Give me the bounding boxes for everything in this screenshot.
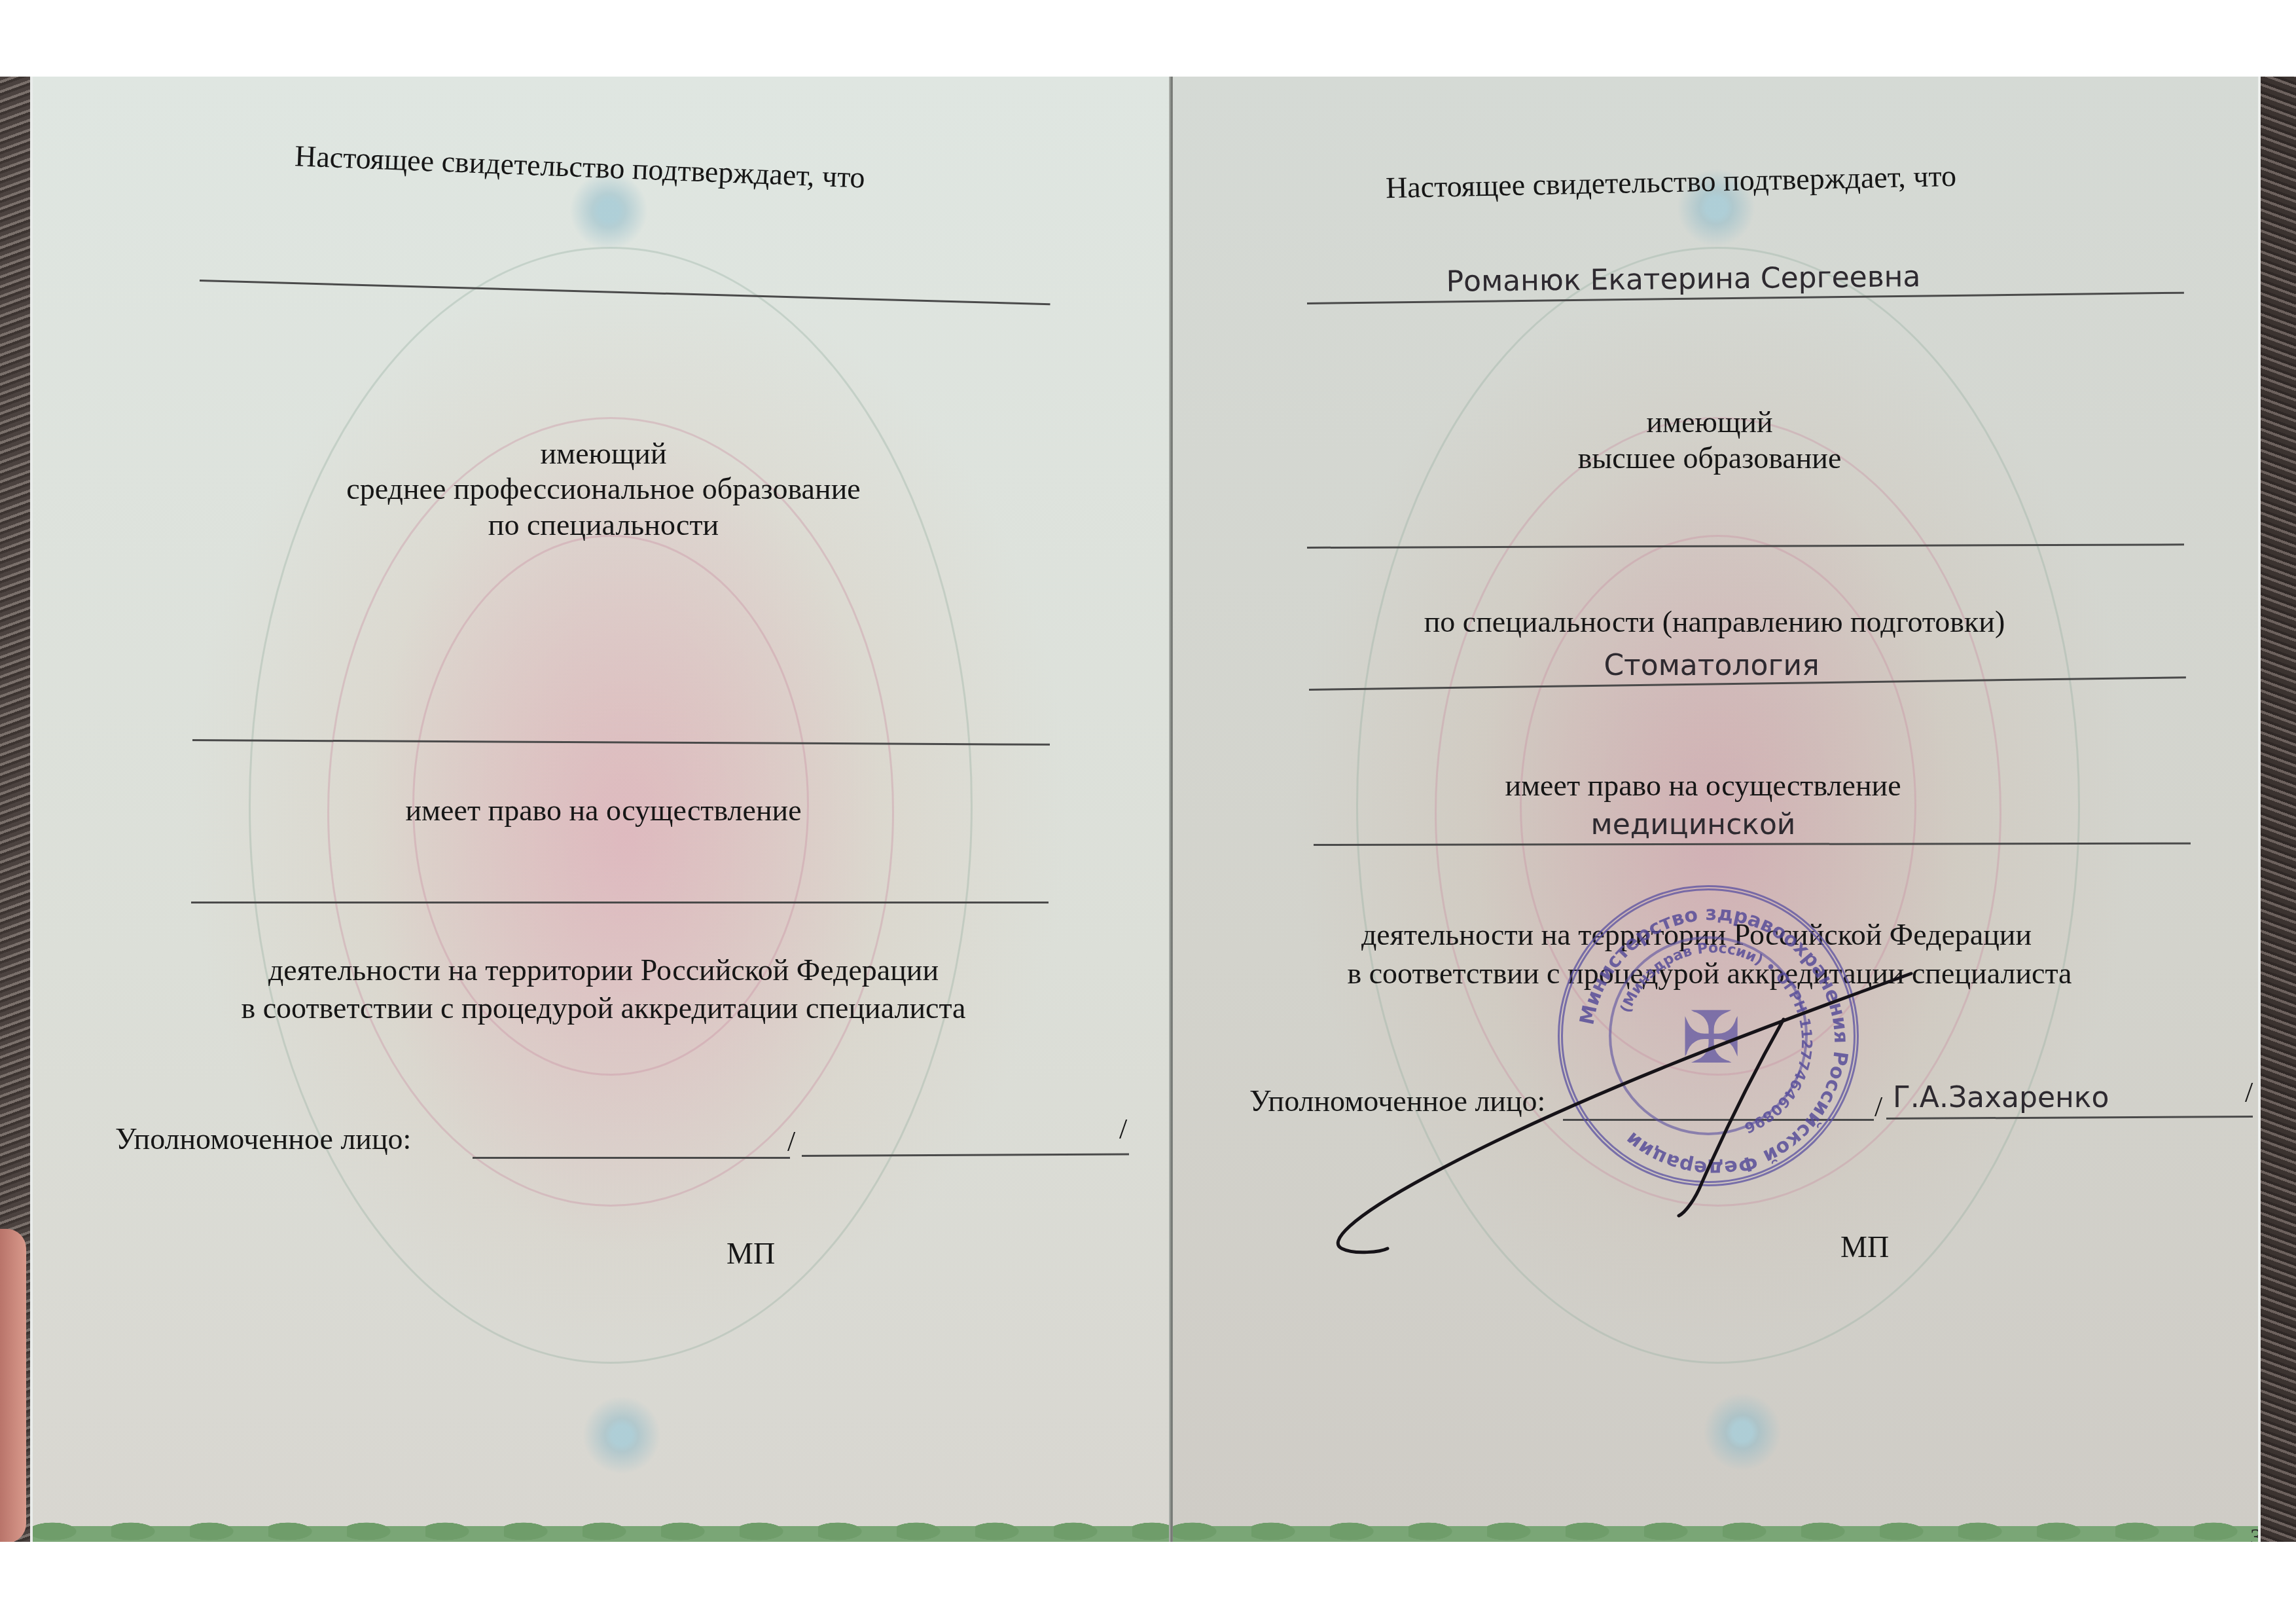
double-headed-eagle-icon: ✠ (1680, 1001, 1742, 1076)
authorized-person-label: Уполномоченное лицо: (115, 1124, 411, 1154)
education-line-rule (1307, 543, 2184, 549)
slash-separator-end: / (1119, 1115, 1127, 1144)
right-page: Настоящее свидетельство подтверждает, чт… (1173, 77, 2261, 1542)
territory-line-2: в соответствии с процедурой аккредитации… (33, 993, 1174, 1023)
education-line: высшее образование (1173, 443, 2246, 473)
authorized-name: Г.А.Захаренко (1893, 1084, 2155, 1112)
slash-separator: / (787, 1127, 795, 1156)
seal-label: МП (726, 1239, 775, 1269)
left-page: Настоящее свидетельство подтверждает, чт… (30, 77, 1174, 1542)
certificate-intro: Настоящее свидетельство подтверждает, чт… (1386, 161, 1957, 203)
right-label: имеет право на осуществление (33, 795, 1174, 826)
slash-separator: / (1874, 1093, 1882, 1122)
seal-label: МП (1840, 1232, 1889, 1262)
name-line (1886, 1116, 2253, 1120)
name-line (802, 1153, 1129, 1157)
specialty-label: по специальности (33, 510, 1174, 540)
decorative-border (33, 1517, 1174, 1542)
decorative-border (1173, 1517, 2258, 1542)
authorized-person-label: Уполномоченное лицо: (1249, 1086, 1545, 1116)
activity-value: медицинской (1173, 811, 2214, 839)
education-line: среднее профессиональное образование (33, 474, 1174, 504)
activity-line (1314, 843, 2191, 846)
security-flower-icon (583, 1396, 661, 1474)
page-number-right: 3 (2250, 1523, 2261, 1542)
specialty-label: по специальности (направлению подготовки… (1173, 607, 2256, 637)
slash-separator-end: / (2245, 1078, 2253, 1107)
finger (0, 1229, 26, 1542)
specialty-value: Стоматология (1309, 651, 2114, 680)
activity-line (191, 902, 1049, 903)
document-photo: Настоящее свидетельство подтверждает, чт… (0, 77, 2296, 1542)
official-stamp: Министерство здравоохранения Российской … (1558, 885, 1859, 1186)
security-flower-icon (1703, 1393, 1782, 1471)
having-label: имеющий (33, 439, 1174, 469)
having-label: имеющий (1173, 407, 2246, 437)
signature-line (473, 1157, 790, 1159)
holder-name-line (200, 280, 1050, 305)
territory-line-1: деятельности на территории Российской Фе… (33, 955, 1174, 985)
specialty-line (192, 739, 1050, 746)
background-carpet-right (2257, 77, 2296, 1542)
stamp-inner-circle: ✠ (1609, 936, 1808, 1135)
right-label: имеет право на осуществление (1173, 771, 2233, 801)
